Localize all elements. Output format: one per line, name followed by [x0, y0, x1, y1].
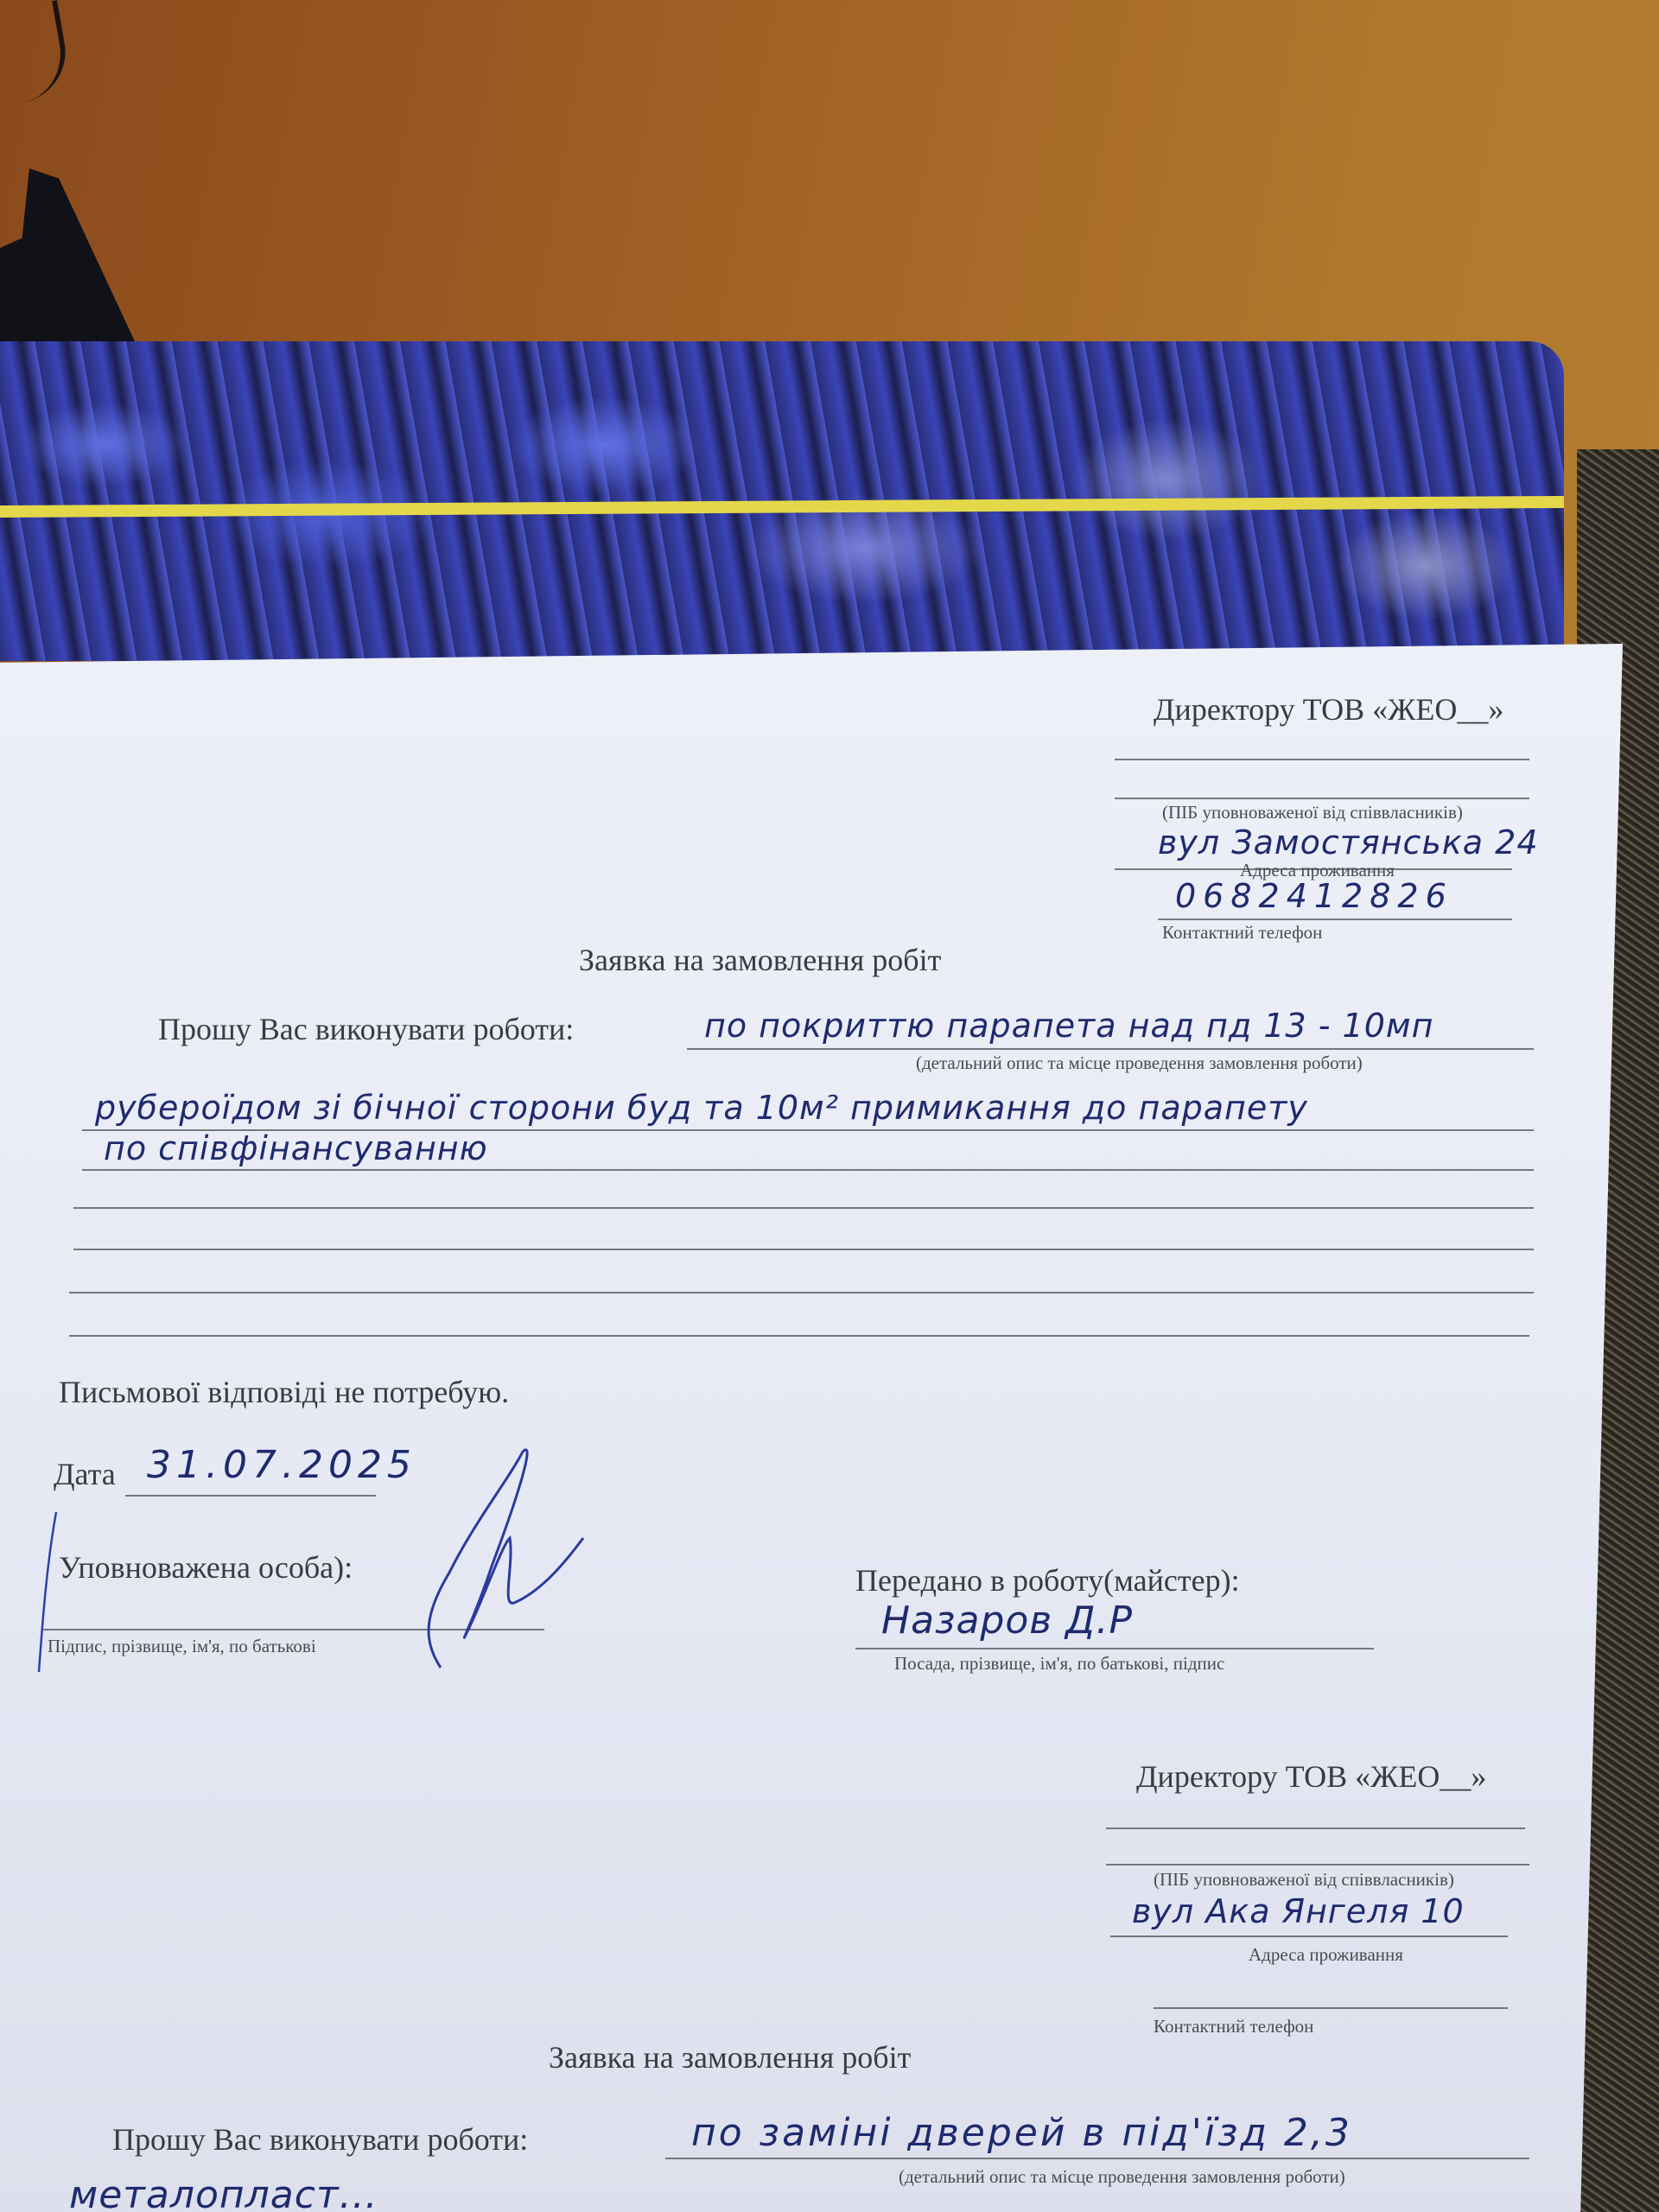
form1-request-line3[interactable]: по співфінансуванню	[104, 1129, 488, 1167]
form2-title: Заявка на замовлення робіт	[549, 2039, 911, 2075]
form1-title: Заявка на замовлення робіт	[579, 942, 941, 978]
form1-pib-caption: (ПІБ уповноваженої від співвласників)	[1162, 802, 1463, 823]
authorized-signature	[372, 1443, 596, 1685]
form1-addressee: Директору ТОВ «ЖЕО__»	[1154, 691, 1503, 728]
form2-address-value[interactable]: вул Ака Янгеля 10	[1132, 1892, 1465, 1930]
form1-request-underline-6	[69, 1292, 1534, 1294]
cable	[1, 0, 73, 104]
form2-address-caption: Адреса проживання	[1249, 1944, 1403, 1966]
form2-pib-line-2	[1106, 1864, 1529, 1866]
form2-request-underline-1	[665, 2158, 1529, 2159]
form2-description-caption: (детальний опис та місце проведення замо…	[899, 2166, 1345, 2188]
form1-phone-value[interactable]: 0682412826	[1175, 877, 1453, 915]
form1-request-underline-4	[73, 1207, 1534, 1209]
form2-pib-caption: (ПІБ уповноваженої від співвласників)	[1154, 1869, 1454, 1891]
form1-address-value[interactable]: вул Замостянська 24	[1158, 823, 1539, 861]
form1-phone-line	[1158, 918, 1512, 920]
form1-request-underline-3	[82, 1169, 1534, 1171]
form1-request-line1[interactable]: по покриттю парапета над пд 13 - 10мп	[704, 1007, 1433, 1045]
form1-pib-line-1	[1115, 759, 1529, 760]
form1-master-value[interactable]: Назаров Д.Р	[881, 1599, 1133, 1643]
form2-request-line2[interactable]: металопласт...	[69, 2173, 378, 2212]
form1-request-underline-5	[73, 1249, 1534, 1250]
form2-phone-line	[1154, 2007, 1508, 2009]
form1-handed-label: Передано в роботу(майстер):	[855, 1562, 1240, 1599]
form1-date-label: Дата	[54, 1456, 116, 1492]
margin-bracket	[30, 1508, 65, 1681]
form1-authorized-label: Уповноважена особа):	[59, 1549, 353, 1586]
form2-request-label: Прошу Вас виконувати роботи:	[112, 2121, 528, 2158]
form2-phone-caption: Контактний телефон	[1154, 2016, 1313, 2037]
form1-no-reply: Письмової відповіді не потребую.	[59, 1374, 509, 1410]
form1-description-caption: (детальний опис та місце проведення замо…	[916, 1052, 1363, 1074]
form1-request-line2[interactable]: рубероїдом зі бічної сторони буд та 10м²…	[95, 1089, 1308, 1127]
form2-pib-line-1	[1106, 1827, 1525, 1829]
form1-pib-line-2	[1115, 798, 1529, 799]
form1-phone-caption: Контактний телефон	[1162, 922, 1322, 944]
form1-request-underline-7	[69, 1335, 1529, 1337]
form1-authorized-caption: Підпис, прізвище, ім'я, по батькові	[48, 1636, 316, 1657]
form1-master-caption: Посада, прізвище, ім'я, по батькові, під…	[894, 1653, 1224, 1675]
form2-address-line	[1110, 1935, 1508, 1937]
dark-cloth	[0, 168, 147, 367]
form1-request-underline-1	[687, 1048, 1534, 1050]
form2-addressee: Директору ТОВ «ЖЕО__»	[1136, 1758, 1486, 1795]
form1-date-line	[125, 1495, 376, 1497]
form2-request-line1[interactable]: по заміні дверей в під'їзд 2,3	[691, 2111, 1352, 2155]
form1-master-line	[855, 1648, 1374, 1649]
form1-request-label: Прошу Вас виконувати роботи:	[158, 1011, 574, 1047]
request-form-sheet: Директору ТОВ «ЖЕО__» (ПІБ уповноваженої…	[0, 644, 1623, 2212]
